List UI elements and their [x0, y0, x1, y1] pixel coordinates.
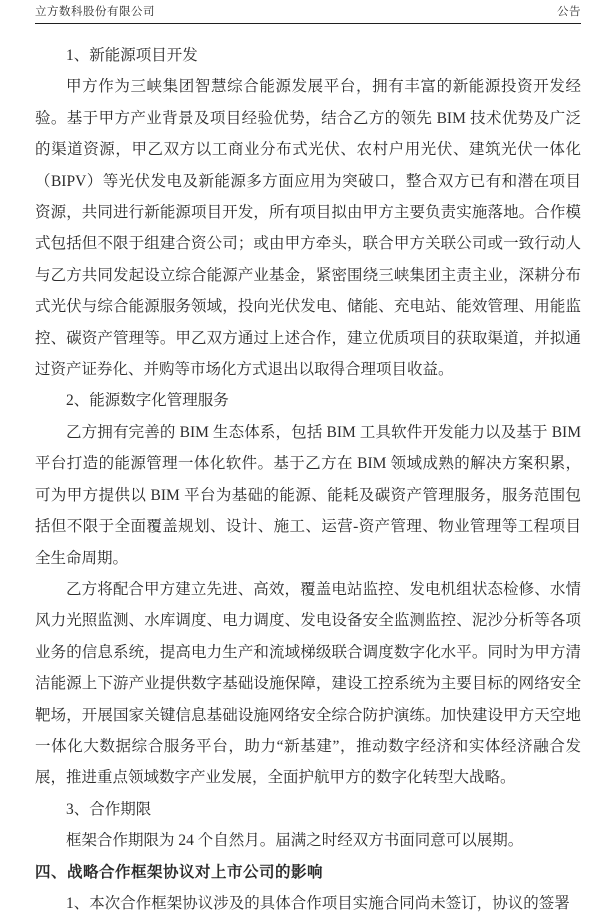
company-name: 立方数科股份有限公司 [35, 5, 155, 19]
paragraph-new-energy-project: 甲方作为三峡集团智慧综合能源发展平台，拥有丰富的新能源投资开发经验。基于甲方产业… [35, 71, 581, 385]
document-page: 立方数科股份有限公司 公告 1、新能源项目开发 甲方作为三峡集团智慧综合能源发展… [0, 0, 615, 917]
page-header: 立方数科股份有限公司 公告 [35, 5, 581, 24]
subheading-new-energy-project: 1、新能源项目开发 [35, 40, 581, 71]
doc-type-label: 公告 [557, 5, 581, 19]
section-heading-impact-on-listed-company: 四、战略合作框架协议对上市公司的影响 [35, 857, 581, 888]
subheading-energy-digital-management: 2、能源数字化管理服务 [35, 385, 581, 416]
document-body: 1、新能源项目开发 甲方作为三峡集团智慧综合能源发展平台，拥有丰富的新能源投资开… [35, 24, 581, 917]
paragraph-impact-item-1: 1、本次合作框架协议涉及的具体合作项目实施合同尚未签订，协议的签署 [35, 888, 581, 917]
paragraph-bim-ecosystem: 乙方拥有完善的 BIM 生态体系，包括 BIM 工具软件开发能力以及基于 BIM… [35, 417, 581, 574]
paragraph-information-systems: 乙方将配合甲方建立先进、高效，覆盖电站监控、发电机组状态检修、水情风力光照监测、… [35, 574, 581, 794]
paragraph-cooperation-term: 框架合作期限为 24 个自然月。届满之时经双方书面同意可以展期。 [35, 825, 581, 856]
subheading-cooperation-term: 3、合作期限 [35, 794, 581, 825]
